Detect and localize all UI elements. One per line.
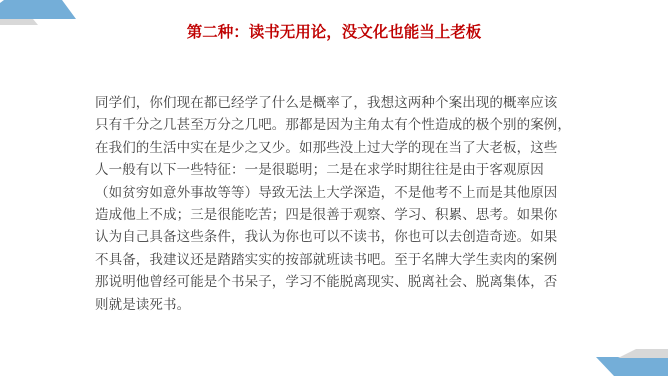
body-line: 则就是读死书。 bbox=[95, 294, 585, 316]
body-line: 人一般有以下一些特征：一是很聪明；二是在求学时期往往是由于客观原因 bbox=[95, 159, 585, 181]
body-line: 造成他上不成；三是很能吃苦；四是很善于观察、学习、积累、思考。如果你 bbox=[95, 204, 585, 226]
blue-parallelogram-icon bbox=[0, 0, 76, 19]
slide-canvas: 第二种：读书无用论，没文化也能当上老板 同学们，你们现在都已经学了什么是概率了，… bbox=[0, 0, 668, 376]
body-line: 那说明他曾经可能是个书呆子，学习不能脱离现实、脱离社会、脱离集体，否 bbox=[95, 271, 585, 293]
body-line: 认为自己具备这些条件，我认为你也可以不读书，你也可以去创造奇迹。如果 bbox=[95, 226, 585, 248]
body-line: 同学们，你们现在都已经学了什么是概率了，我想这两种个案出现的概率应该 bbox=[95, 92, 585, 114]
body-line: （如贫穷如意外事故等等）导致无法上大学深造，不是他考不上而是其他原因 bbox=[95, 182, 585, 204]
body-line: 只有千分之几甚至万分之几吧。那都是因为主角太有个性造成的极个别的案例， bbox=[95, 114, 585, 136]
blue-parallelogram-icon bbox=[596, 357, 668, 376]
gray-parallelogram-icon bbox=[618, 349, 668, 358]
page-title: 第二种：读书无用论，没文化也能当上老板 bbox=[0, 23, 668, 43]
body-paragraph: 同学们，你们现在都已经学了什么是概率了，我想这两种个案出现的概率应该 只有千分之… bbox=[95, 92, 585, 316]
body-line: 不具备，我建议还是踏踏实实的按部就班读书吧。至于名牌大学生卖肉的案例 bbox=[95, 249, 585, 271]
body-line: 在我们的生活中实在是少之又少。如那些没上过大学的现在当了大老板，这些 bbox=[95, 137, 585, 159]
corner-decoration-bottom-right bbox=[588, 346, 668, 376]
